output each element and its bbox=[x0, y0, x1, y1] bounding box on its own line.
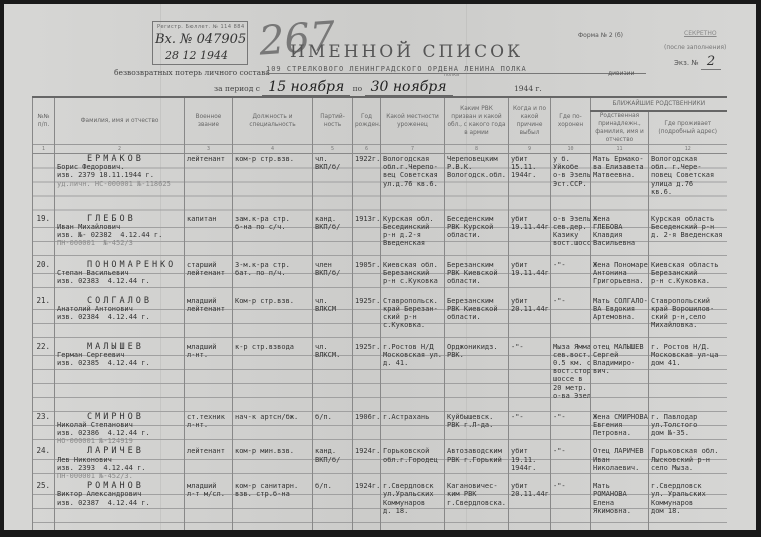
rvk-cell: Беседенским РВК Курской области. bbox=[445, 214, 509, 260]
position-cell: зам.к-ра стр. б-на по с/ч. bbox=[233, 214, 313, 260]
table-row: 21.СОЛГАЛОВАнатолий Антонович изв. 02384… bbox=[33, 296, 727, 342]
relative-cell: Мать РОМАНОВА Елена Якимовна. bbox=[591, 481, 649, 530]
column-number: 5 bbox=[313, 145, 353, 154]
address-cell: Ставропольский край Ворошилов- ский р-н,… bbox=[649, 296, 727, 342]
born-cell: 1925г. bbox=[353, 342, 381, 412]
period-to: 30 ноября bbox=[365, 79, 453, 96]
column-header: Где по- хоронен bbox=[551, 97, 591, 145]
form-number: Форма № 2 (б) bbox=[578, 32, 623, 39]
party-cell: б/п. bbox=[313, 481, 353, 530]
buried-cell: -"- bbox=[551, 481, 591, 530]
surname: СОЛГАЛОВ bbox=[57, 297, 182, 305]
when-cell: убит 15.11. 1944г. bbox=[509, 154, 551, 214]
column-header: Партий- ность bbox=[313, 97, 353, 145]
table-header: №№ п/п.Фамилия, имя и отчествоВоенное зв… bbox=[33, 97, 727, 154]
rvk-cell: Череповецким Р.В.К. Вологодск.обл. bbox=[445, 154, 509, 214]
row-index: 21. bbox=[33, 296, 55, 342]
origin-cell: г.Свердловск ул.Уральских Коммунаров д. … bbox=[381, 481, 445, 530]
name-and-notice: Герман Сергеевич изв. 02385 4.12.44 г. bbox=[57, 351, 150, 367]
rvk-cell: Автозаводским РВК г.Горький bbox=[445, 446, 509, 481]
table-row: 20.ПОНОМАРЕНКОСтепан Васильевич изв. 023… bbox=[33, 260, 727, 296]
table-row: 19.ГЛЕБОВИван Михайлович изв. №- 02382 4… bbox=[33, 214, 727, 260]
position-cell: З-м.к-ра стр. бат. по п/ч. bbox=[233, 260, 313, 296]
row-index: 19. bbox=[33, 214, 55, 260]
id-number: ПН-000001 №-452/3 bbox=[57, 239, 182, 247]
column-number: 12 bbox=[649, 145, 727, 154]
origin-cell: Киевская обл. Березанский р-н с.Куковка bbox=[381, 260, 445, 296]
name-and-notice: Анатолий Антонович изв. 02384 4.12.44 г. bbox=[57, 305, 150, 321]
surname: ЕРМАКОВ bbox=[57, 155, 182, 163]
rvk-cell: Орджоникидз. РВК. bbox=[445, 342, 509, 412]
document-title: ИМЕННОЙ СПИСОК bbox=[290, 42, 523, 62]
table-row: 25.РОМАНОВВиктор Александрович изв. 0238… bbox=[33, 481, 727, 530]
period-year: 1944 г. bbox=[514, 84, 542, 93]
casualty-table: №№ п/п.Фамилия, имя и отчествоВоенное зв… bbox=[32, 96, 727, 530]
subtitle-prefix: безвозвратных потерь личного состава bbox=[114, 68, 270, 77]
buried-cell: у б. Уйкобе о-в Эзель Эст.ССР. bbox=[551, 154, 591, 214]
when-cell: убит 20.11.44г. bbox=[509, 481, 551, 530]
row-index: 22. bbox=[33, 342, 55, 412]
relative-cell: отец МАЛЫШЕВ Сергей Владимиро- вич. bbox=[591, 342, 649, 412]
when-cell: убит 19.11. 1944г. bbox=[509, 446, 551, 481]
name-and-notice: Степан Васильевич изв. 02383 4.12.44 г. bbox=[57, 269, 150, 285]
column-header: Какой местности уроженец bbox=[381, 97, 445, 145]
surname: ГЛЕБОВ bbox=[57, 215, 182, 223]
address-cell: Вологодская обл. г.Чере- повец Советская… bbox=[649, 154, 727, 214]
relative-cell: Жена Пономаренко Антонина Григорьевна. bbox=[591, 260, 649, 296]
rvk-cell: Березанским РВК Киевской области. bbox=[445, 296, 509, 342]
period-from: 15 ноября bbox=[262, 79, 350, 96]
column-number: 9 bbox=[509, 145, 551, 154]
rank-cell: лейтенант bbox=[185, 446, 233, 481]
origin-cell: Курская обл. Бесединский р-н д.2-я Введе… bbox=[381, 214, 445, 260]
born-cell: 1924г. bbox=[353, 446, 381, 481]
relative-cell: Мать СОЛГАЛО- ВА Евдокия Артемовна. bbox=[591, 296, 649, 342]
table-body: ЕРМАКОВБорис Федорович. изв. 2379 18.11.… bbox=[33, 154, 727, 531]
secret-label: СЕКРЕТНО bbox=[684, 30, 717, 37]
name-and-notice: Борис Федорович. изв. 2379 18.11.1944 г. bbox=[57, 163, 154, 179]
column-header: Где проживает (подробный адрес) bbox=[649, 111, 727, 145]
name-cell: РОМАНОВВиктор Александрович изв. 02387 4… bbox=[55, 481, 185, 530]
origin-cell: Ставропольск. край Березан- ский р-н с.К… bbox=[381, 296, 445, 342]
party-cell: канд. ВКП/б/ bbox=[313, 446, 353, 481]
rank-cell: младший л-нт. bbox=[185, 342, 233, 412]
rank-cell: младший лейтенант bbox=[185, 296, 233, 342]
table-row: ЕРМАКОВБорис Федорович. изв. 2379 18.11.… bbox=[33, 154, 727, 214]
column-header: Родственная принадлежн., фамилия, имя и … bbox=[591, 111, 649, 145]
address-cell: Киевская область Березанский р-н с.Куков… bbox=[649, 260, 727, 296]
party-cell: чл. ВЛКСМ bbox=[313, 296, 353, 342]
party-cell: чл. ВЛКСМ. bbox=[313, 342, 353, 412]
when-cell: убит 20.11.44г. bbox=[509, 296, 551, 342]
table-row: 22.МАЛЫШЕВГерман Сергеевич изв. 02385 4.… bbox=[33, 342, 727, 412]
stamp-header: Регистр. Бюллет. № 114 884 bbox=[157, 24, 245, 30]
after-fill-note: (после заполнения) bbox=[664, 44, 726, 51]
party-cell: член ВКП/б/ bbox=[313, 260, 353, 296]
rvk-cell: Березанским РВК Киевской области. bbox=[445, 260, 509, 296]
relative-cell: Жена СМИРНОВА Евгения Петровна. bbox=[591, 412, 649, 447]
origin-cell: г.Ростов Н/Д Московская ул. д. 41. bbox=[381, 342, 445, 412]
row-index: 23. bbox=[33, 412, 55, 447]
id-number: ПН-000001 №-452/3. bbox=[57, 472, 182, 480]
rank-cell: лейтенант bbox=[185, 154, 233, 214]
buried-cell: Мыза Ямма сев.вост. 0.5 км. с вост.стор.… bbox=[551, 342, 591, 412]
name-and-notice: Николай Степанович изв. 02386 4.12.44 г. bbox=[57, 421, 150, 437]
column-header: Каким РВК призван и какой обл., с какого… bbox=[445, 97, 509, 145]
position-cell: Ком-р стр.взв. bbox=[233, 296, 313, 342]
name-cell: ПОНОМАРЕНКОСтепан Васильевич изв. 02383 … bbox=[55, 260, 185, 296]
relative-cell: Отец ЛАРИЧЕВ Иван Николаевич. bbox=[591, 446, 649, 481]
row-index: 24. bbox=[33, 446, 55, 481]
name-cell: ЕРМАКОВБорис Федорович. изв. 2379 18.11.… bbox=[55, 154, 185, 214]
when-cell: -"- bbox=[509, 412, 551, 447]
name-cell: СОЛГАЛОВАнатолий Антонович изв. 02384 4.… bbox=[55, 296, 185, 342]
id-number: уд.личн. НС-000001 №-118625 bbox=[57, 180, 182, 188]
rank-cell: старший лейтенант bbox=[185, 260, 233, 296]
column-number: 3 bbox=[185, 145, 233, 154]
when-cell: -"- bbox=[509, 342, 551, 412]
stamp-incoming-number: Вх. № 047905 bbox=[155, 32, 246, 47]
address-cell: Курская область Беседенский р-н д. 2-я В… bbox=[649, 214, 727, 260]
party-cell: б/п. bbox=[313, 412, 353, 447]
rvk-cell: Кагановичес- ким РВК г.Свердловска. bbox=[445, 481, 509, 530]
name-and-notice: Лев Никонович изв. 2393 4.12.44 г. bbox=[57, 456, 146, 472]
born-cell: 1905г. bbox=[353, 260, 381, 296]
born-cell: 1922г. bbox=[353, 154, 381, 214]
name-cell: СМИРНОВНиколай Степанович изв. 02386 4.1… bbox=[55, 412, 185, 447]
name-and-notice: Виктор Александрович изв. 02387 4.12.44 … bbox=[57, 490, 150, 506]
column-number: 11 bbox=[591, 145, 649, 154]
rvk-cell: Куйбышевск. РВК г.Л-да. bbox=[445, 412, 509, 447]
period-line: за период с 15 ноября по 30 ноября bbox=[214, 79, 453, 95]
rank-cell: капитан bbox=[185, 214, 233, 260]
origin-cell: г.Астрахань bbox=[381, 412, 445, 447]
table-row: 24.ЛАРИЧЕВЛев Никонович изв. 2393 4.12.4… bbox=[33, 446, 727, 481]
position-cell: ком-р санитарн. взв. стр.б-на bbox=[233, 481, 313, 530]
surname: РОМАНОВ bbox=[57, 482, 182, 490]
buried-cell: -"- bbox=[551, 260, 591, 296]
column-number: 6 bbox=[353, 145, 381, 154]
row-index bbox=[33, 154, 55, 214]
column-number: 4 bbox=[233, 145, 313, 154]
surname: ЛАРИЧЕВ bbox=[57, 447, 182, 455]
origin-cell: Горьковской обл.г.Городец bbox=[381, 446, 445, 481]
rank-cell: младший л-т м/сл. bbox=[185, 481, 233, 530]
buried-cell: -"- bbox=[551, 412, 591, 447]
origin-cell: Вологодская обл.г.Черепо- вец Советская … bbox=[381, 154, 445, 214]
address-cell: г.Свердловск ул. Уральских Коммунаров до… bbox=[649, 481, 727, 530]
casualty-list-document: Регистр. Бюллет. № 114 884 Вх. № 047905 … bbox=[4, 4, 756, 530]
position-cell: к-р стр.взвода bbox=[233, 342, 313, 412]
column-number: 10 bbox=[551, 145, 591, 154]
buried-cell: о-в Эзель сев.дер. Казику вост.шоссе bbox=[551, 214, 591, 260]
registration-stamp: Регистр. Бюллет. № 114 884 Вх. № 047905 … bbox=[152, 21, 248, 65]
position-cell: нач-к артсн/бж. bbox=[233, 412, 313, 447]
born-cell: 1913г. bbox=[353, 214, 381, 260]
name-cell: МАЛЫШЕВГерман Сергеевич изв. 02385 4.12.… bbox=[55, 342, 185, 412]
stamp-date: 28 12 1944 bbox=[165, 49, 228, 62]
rank-cell: ст.техник л-нт. bbox=[185, 412, 233, 447]
name-cell: ГЛЕБОВИван Михайлович изв. №- 02382 4.12… bbox=[55, 214, 185, 260]
division-label: дивизии bbox=[608, 70, 634, 77]
position-cell: ком-р стр.взв. bbox=[233, 154, 313, 214]
address-cell: Горьковская обл. Лысковский р-н село Мыз… bbox=[649, 446, 727, 481]
when-cell: убит 19.11.44г. bbox=[509, 214, 551, 260]
row-index: 25. bbox=[33, 481, 55, 530]
column-number: 7 bbox=[381, 145, 445, 154]
name-and-notice: Иван Михайлович изв. №- 02382 4.12.44 г. bbox=[57, 223, 162, 239]
id-number: НО-000001 №-124919 bbox=[57, 437, 182, 445]
copy-number: Экз. № 2 bbox=[674, 54, 721, 69]
relative-cell: Жена ГЛЕБОВА Клавдия Васильевна bbox=[591, 214, 649, 260]
born-cell: 1925г. bbox=[353, 296, 381, 342]
column-header: Когда и по какой причине выбыл bbox=[509, 97, 551, 145]
column-header: Военное звание bbox=[185, 97, 233, 145]
relative-cell: Мать Ермако- ва Елизавета Матвеевна. bbox=[591, 154, 649, 214]
address-cell: г. Ростов Н/Д. Московская ул-ца дом 41. bbox=[649, 342, 727, 412]
name-cell: ЛАРИЧЕВЛев Никонович изв. 2393 4.12.44 г… bbox=[55, 446, 185, 481]
column-header: Фамилия, имя и отчество bbox=[55, 97, 185, 145]
unit-sublabel: полка bbox=[444, 72, 459, 78]
born-cell: 1924г. bbox=[353, 481, 381, 530]
column-number: 1 bbox=[33, 145, 55, 154]
when-cell: убит 19.11.44г. bbox=[509, 260, 551, 296]
buried-cell: -"- bbox=[551, 446, 591, 481]
address-cell: г. Павлодар ул.Толстого дом №-35. bbox=[649, 412, 727, 447]
position-cell: ком-р мин.взв. bbox=[233, 446, 313, 481]
column-number: 2 bbox=[55, 145, 185, 154]
surname: МАЛЫШЕВ bbox=[57, 343, 182, 351]
table-row: 23.СМИРНОВНиколай Степанович изв. 02386 … bbox=[33, 412, 727, 447]
surname: СМИРНОВ bbox=[57, 413, 182, 421]
relatives-group-header: БЛИЖАЙШИЕ РОДСТВЕННИКИ bbox=[591, 97, 727, 111]
column-header: Должность и специальность bbox=[233, 97, 313, 145]
surname: ПОНОМАРЕНКО bbox=[57, 261, 182, 269]
column-number: 8 bbox=[445, 145, 509, 154]
party-cell: канд. ВКП/б/ bbox=[313, 214, 353, 260]
party-cell: чл. ВКП/б/ bbox=[313, 154, 353, 214]
column-header: №№ п/п. bbox=[33, 97, 55, 145]
buried-cell: -"- bbox=[551, 296, 591, 342]
born-cell: 1906г. bbox=[353, 412, 381, 447]
row-index: 20. bbox=[33, 260, 55, 296]
column-header: Год рожден. bbox=[353, 97, 381, 145]
